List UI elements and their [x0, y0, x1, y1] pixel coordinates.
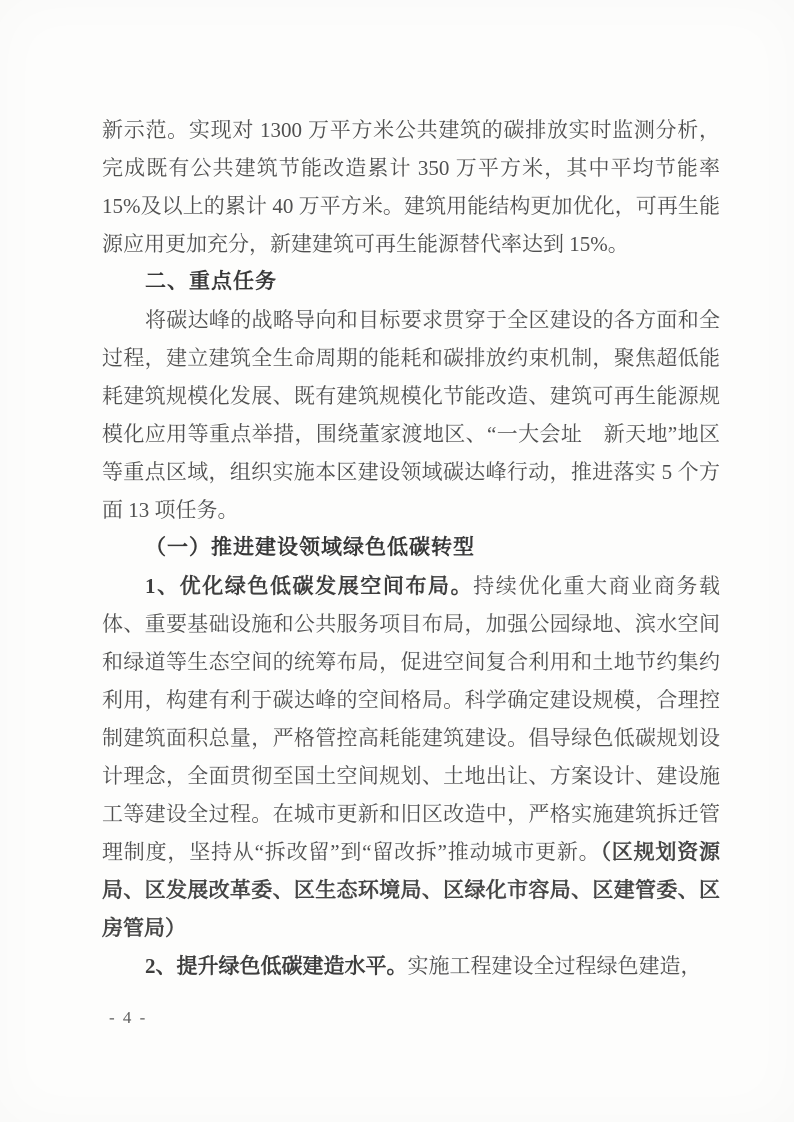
page-number: - 4 -	[109, 1008, 147, 1028]
document-body: 新示范。实现对 1300 万平方米公共建筑的碳排放实时监测分析，完成既有公共建筑…	[102, 111, 720, 985]
numbered-item-1: 1、优化绿色低碳发展空间布局。持续优化重大商业商务载体、重要基础设施和公共服务项…	[102, 567, 720, 947]
item-2-text: 实施工程建设全过程绿色建造，	[408, 954, 702, 978]
numbered-item-2: 2、提升绿色低碳建造水平。实施工程建设全过程绿色建造，	[102, 947, 720, 985]
paragraph-continuation: 新示范。实现对 1300 万平方米公共建筑的碳排放实时监测分析，完成既有公共建筑…	[102, 111, 720, 263]
subsection-heading: （一）推进建设领域绿色低碳转型	[102, 529, 720, 567]
paragraph-tasks-overview: 将碳达峰的战略导向和目标要求贯穿于全区建设的各方面和全过程，建立建筑全生命周期的…	[102, 301, 720, 529]
item-1-lead: 1、优化绿色低碳发展空间布局。	[145, 574, 473, 598]
item-1-text: 持续优化重大商业商务载体、重要基础设施和公共服务项目布局，加强公园绿地、滨水空间…	[102, 574, 720, 864]
item-2-lead: 2、提升绿色低碳建造水平。	[145, 954, 408, 978]
section-heading: 二、重点任务	[102, 263, 720, 301]
document-page: 新示范。实现对 1300 万平方米公共建筑的碳排放实时监测分析，完成既有公共建筑…	[0, 0, 794, 1122]
